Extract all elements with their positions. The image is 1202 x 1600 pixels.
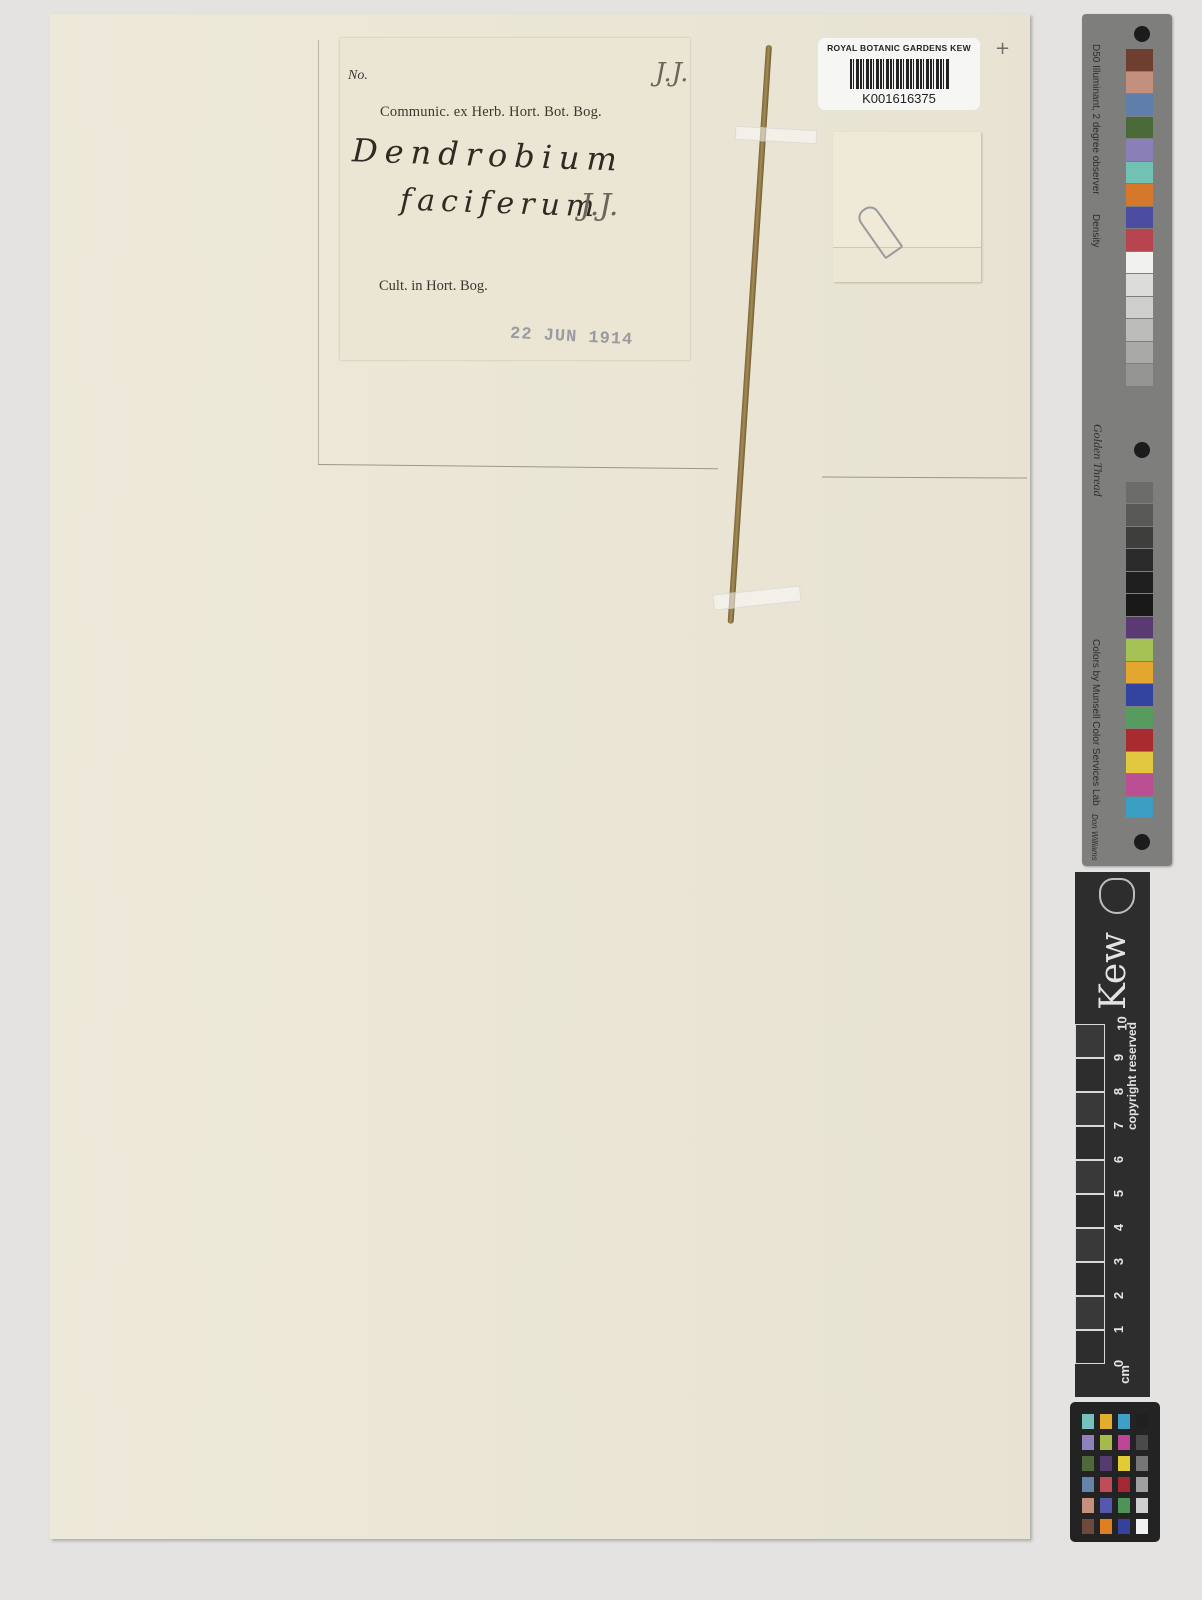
strip-color-patch [1126, 207, 1153, 229]
handwritten-genus: Dendrobium [351, 131, 624, 178]
strip-color-patch [1126, 274, 1153, 296]
ruler-segment [1075, 1330, 1105, 1364]
fragment-packet [833, 132, 981, 282]
ruler-segment [1075, 1092, 1105, 1126]
strip-credit: Colors by Munsell Color Services Lab [1090, 639, 1101, 806]
strip-color-patch [1126, 572, 1153, 594]
ruler-segment [1075, 1228, 1105, 1262]
date-stamp: 22 JUN 1914 [510, 325, 634, 350]
strip-color-patch [1126, 482, 1153, 504]
ruler-tick-label: 0 [1111, 1360, 1126, 1367]
label-corner-initials: J.J. [655, 58, 688, 88]
strip-color-patch [1126, 117, 1153, 139]
ruler-tick-label: 5 [1111, 1190, 1126, 1197]
kew-scale-bar: Kew copyright reserved cm 012345678910 [1075, 872, 1150, 1397]
color-swatch [1082, 1519, 1094, 1534]
strip-color-patch [1126, 549, 1153, 571]
strip-color-patch [1126, 662, 1153, 684]
ruler-segment [1075, 1194, 1105, 1228]
ruler-segment [1075, 1160, 1105, 1194]
strip-color-patch [1126, 94, 1153, 116]
strip-color-patch [1126, 594, 1153, 616]
kew-crest-icon [1099, 878, 1135, 914]
label-number-prefix: No. [348, 68, 368, 84]
ruler-tick-label: 1 [1111, 1326, 1126, 1333]
strip-color-patch [1126, 707, 1153, 729]
ruler-segment [1075, 1262, 1105, 1296]
barcode-institution: ROYAL BOTANIC GARDENS KEW [818, 43, 980, 53]
strip-color-patch [1126, 229, 1153, 251]
ruler-tick-label: 2 [1111, 1292, 1126, 1299]
strip-color-patch [1126, 297, 1153, 319]
color-swatch [1100, 1498, 1112, 1513]
copyright-notice: copyright reserved [1125, 1022, 1139, 1130]
color-swatch [1118, 1456, 1130, 1471]
registration-dot-bottom [1134, 834, 1150, 850]
ruler-segment [1075, 1024, 1105, 1058]
packet-flap [833, 132, 981, 248]
color-strip-target: D50 Illuminant, 2 degree observer Densit… [1082, 14, 1172, 866]
strip-color-patch [1126, 184, 1153, 206]
color-swatch [1118, 1498, 1130, 1513]
registration-dot-top [1134, 26, 1150, 42]
color-checker-card [1070, 1402, 1160, 1542]
strip-color-patch [1126, 617, 1153, 639]
strip-color-patch [1126, 319, 1153, 341]
scale-unit: cm [1117, 1365, 1132, 1384]
strip-color-patch [1126, 684, 1153, 706]
color-swatch [1082, 1477, 1094, 1492]
ruler-segment [1075, 1126, 1105, 1160]
label-cultivation-line: Cult. in Hort. Bog. [379, 278, 488, 295]
pencil-guide-vertical [318, 40, 319, 465]
registration-dot-middle [1134, 442, 1150, 458]
color-swatch [1082, 1498, 1094, 1513]
strip-color-patch [1126, 774, 1153, 796]
color-swatch [1136, 1456, 1148, 1471]
ruler-tick-label: 7 [1111, 1122, 1126, 1129]
strip-heading: D50 Illuminant, 2 degree observer [1090, 44, 1101, 195]
barcode-number: K001616375 [818, 91, 980, 106]
strip-signature: Don Williams [1090, 814, 1099, 861]
barcode-bars [850, 59, 950, 89]
color-swatch [1136, 1498, 1148, 1513]
handwritten-initials: J.J. [580, 188, 618, 223]
color-swatch [1118, 1414, 1130, 1429]
color-swatch [1118, 1519, 1130, 1534]
kew-logo: Kew [1093, 932, 1134, 1010]
color-swatch [1100, 1456, 1112, 1471]
color-swatch [1100, 1477, 1112, 1492]
strip-color-patch [1126, 252, 1153, 274]
label-communic-line: Communic. ex Herb. Hort. Bot. Bog. [380, 104, 602, 121]
color-swatch [1082, 1435, 1094, 1450]
color-swatch [1118, 1477, 1130, 1492]
strip-color-patch [1126, 162, 1153, 184]
strip-color-patch [1126, 639, 1153, 661]
color-swatch [1136, 1519, 1148, 1534]
color-swatch [1100, 1435, 1112, 1450]
ruler-tick-label: 9 [1111, 1054, 1126, 1061]
strip-color-patch [1126, 72, 1153, 94]
strip-color-patch [1126, 364, 1153, 386]
barcode-label: ROYAL BOTANIC GARDENS KEW K001616375 [818, 38, 980, 110]
color-swatch [1082, 1414, 1094, 1429]
color-swatch [1136, 1435, 1148, 1450]
specimen-label: No. Communic. ex Herb. Hort. Bot. Bog. J… [340, 38, 690, 360]
ruler-tick-label: 8 [1111, 1088, 1126, 1095]
pencil-corner-mark: + [995, 38, 1010, 59]
handwritten-epithet: faciferum [399, 183, 600, 225]
strip-density-label: Density [1090, 214, 1101, 247]
color-swatch [1082, 1456, 1094, 1471]
ruler-tick-label: 6 [1111, 1156, 1126, 1163]
ruler-segment [1075, 1058, 1105, 1092]
color-swatch [1136, 1477, 1148, 1492]
strip-color-patch [1126, 729, 1153, 751]
strip-color-patch [1126, 752, 1153, 774]
strip-color-patch [1126, 49, 1153, 71]
color-swatch [1118, 1435, 1130, 1450]
ruler-tick-label: 4 [1111, 1224, 1126, 1231]
color-swatch [1100, 1414, 1112, 1429]
strip-color-patch [1126, 504, 1153, 526]
ruler-segment [1075, 1296, 1105, 1330]
strip-color-patch [1126, 527, 1153, 549]
strip-color-patch [1126, 797, 1153, 819]
strip-color-patch [1126, 139, 1153, 161]
strip-color-patch [1126, 342, 1153, 364]
cm-ruler [1075, 1024, 1107, 1394]
ruler-tick-label: 10 [1115, 1016, 1130, 1030]
ruler-tick-label: 3 [1111, 1258, 1126, 1265]
color-swatch [1100, 1519, 1112, 1534]
strip-brand: Golden Thread [1090, 424, 1105, 497]
color-swatch [1136, 1414, 1148, 1429]
